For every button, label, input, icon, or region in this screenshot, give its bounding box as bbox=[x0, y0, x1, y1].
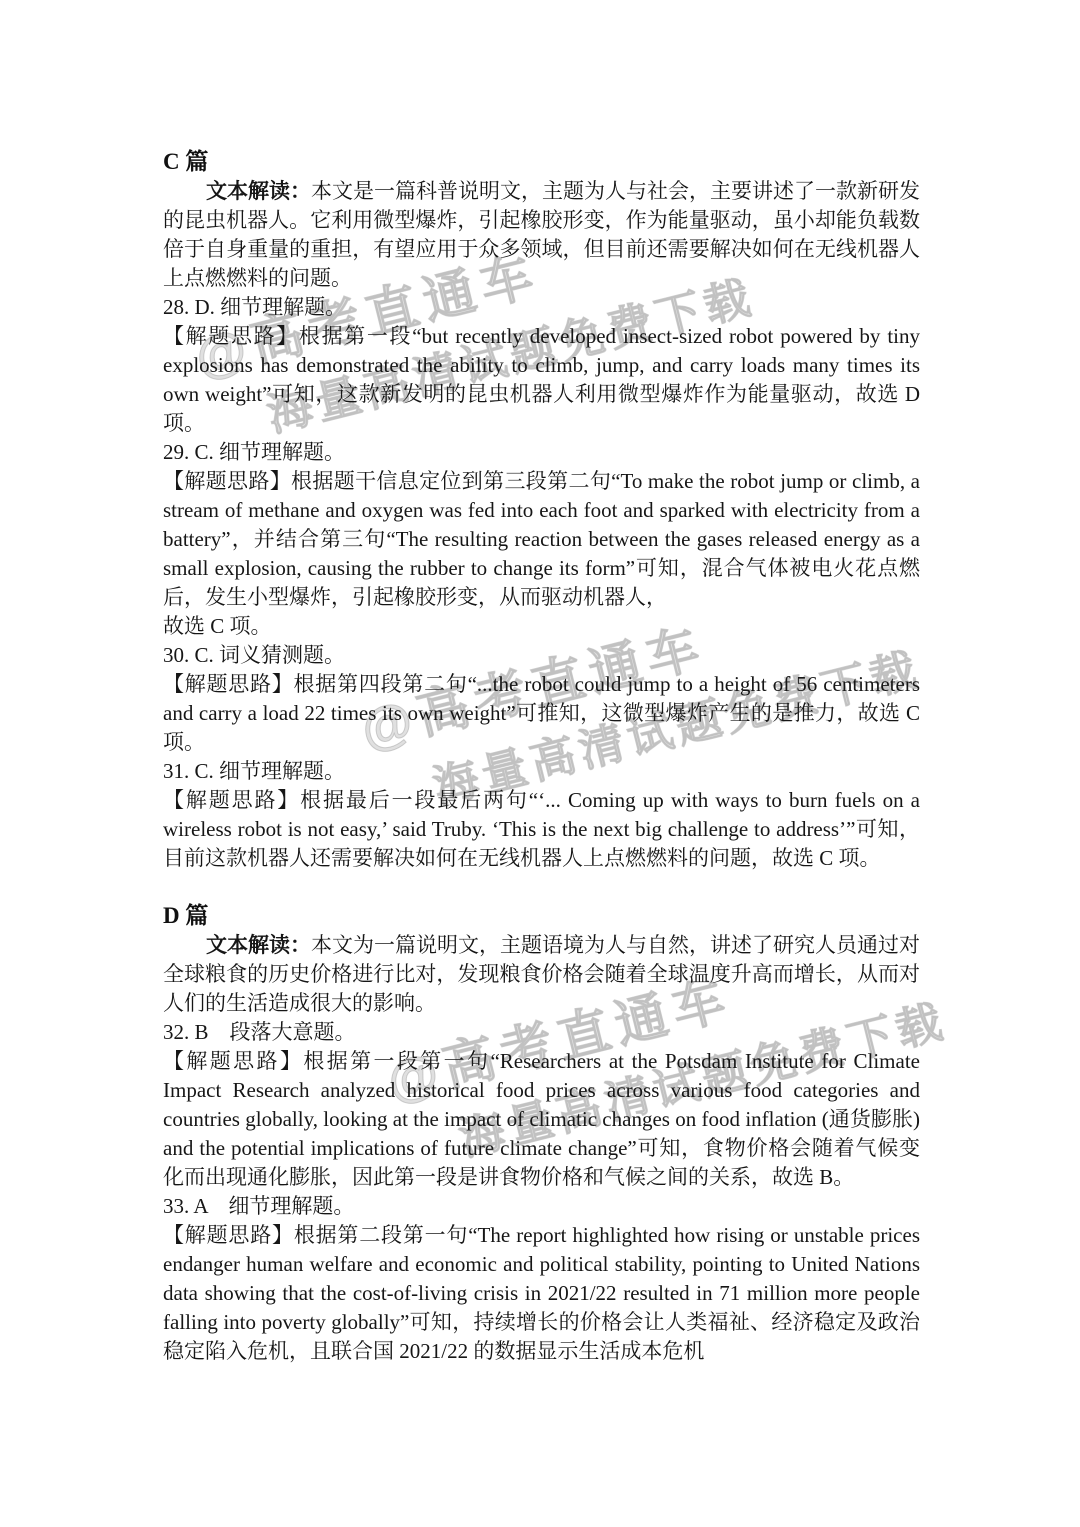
text-analysis-label: 文本解读： bbox=[206, 933, 311, 957]
answer-item-32: 32. B 段落大意题。 bbox=[163, 1018, 920, 1047]
passage-c-text-analysis: 文本解读：本文是一篇科普说明文，主题为人与社会，主要讲述了一款新研发的昆虫机器人… bbox=[163, 177, 920, 293]
answer-item-33: 33. A 细节理解题。 bbox=[163, 1192, 920, 1221]
explanation-30: 【解题思路】根据第四段第二句“...the robot could jump t… bbox=[163, 670, 920, 757]
answer-item-29: 29. C. 细节理解题。 bbox=[163, 438, 920, 467]
answer-item-30: 30. C. 词义猜测题。 bbox=[163, 641, 920, 670]
section-passage-d: D 篇 文本解读：本文为一篇说明文，主题语境为人与自然，讲述了研究人员通过对全球… bbox=[163, 900, 920, 1366]
document-page: C 篇 文本解读：本文是一篇科普说明文，主题为人与社会，主要讲述了一款新研发的昆… bbox=[163, 146, 920, 1366]
explanation-32: 【解题思路】根据第一段第一句“Researchers at the Potsda… bbox=[163, 1047, 920, 1192]
explanation-33: 【解题思路】根据第二段第一句“The report highlighted ho… bbox=[163, 1221, 920, 1366]
explanation-29: 【解题思路】根据题干信息定位到第三段第二句“To make the robot … bbox=[163, 467, 920, 612]
passage-d-text-analysis: 文本解读：本文为一篇说明文，主题语境为人与自然，讲述了研究人员通过对全球粮食的历… bbox=[163, 931, 920, 1018]
explanation-29-conclusion: 故选 C 项。 bbox=[163, 612, 920, 641]
text-analysis-label: 文本解读： bbox=[206, 179, 311, 203]
explanation-28: 【解题思路】根据第一段“but recently developed insec… bbox=[163, 322, 920, 438]
section-passage-c: C 篇 文本解读：本文是一篇科普说明文，主题为人与社会，主要讲述了一款新研发的昆… bbox=[163, 146, 920, 873]
passage-c-heading: C 篇 bbox=[163, 146, 920, 177]
answer-item-31: 31. C. 细节理解题。 bbox=[163, 757, 920, 786]
answer-item-28: 28. D. 细节理解题。 bbox=[163, 293, 920, 322]
passage-d-heading: D 篇 bbox=[163, 900, 920, 931]
explanation-31: 【解题思路】根据最后一段最后两句“‘... Coming up with way… bbox=[163, 786, 920, 873]
